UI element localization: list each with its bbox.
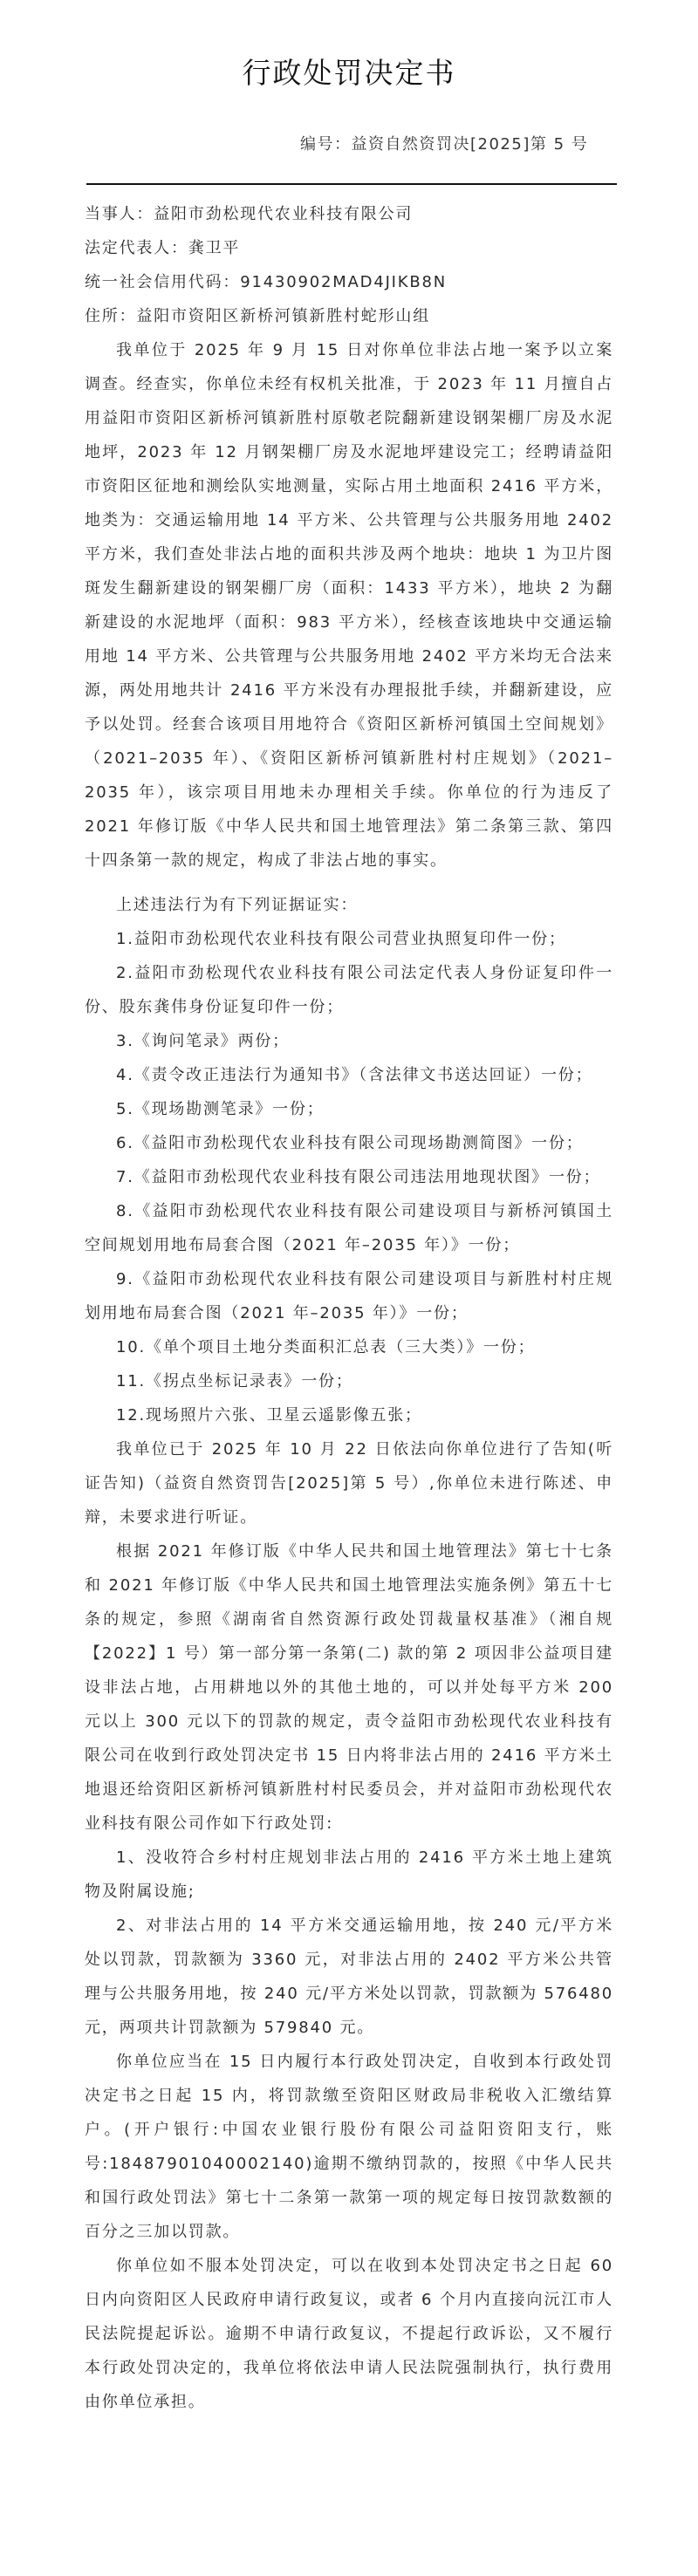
evidence-item: 8.《益阳市劲松现代农业科技有限公司建设项目与新桥河镇国土空间规划用地布局套合图… [85,1194,613,1262]
header-divider [86,183,617,185]
evidence-item: 5.《现场勘测笔录》一份； [85,1092,613,1126]
evidence-item: 7.《益阳市劲松现代农业科技有限公司违法用地现状图》一份； [85,1160,613,1194]
document-page: 行政处罚决定书 编号：益资自然资罚决[2025]第 5 号 当事人：益阳市劲松现… [0,0,698,2576]
payment-paragraph: 你单位应当在 15 日内履行本行政处罚决定，自收到本行政处罚决定书之日起 15 … [85,2045,613,2249]
notice-paragraph: 我单位已于 2025 年 10 月 22 日依法向你单位进行了告知(听证告知)（… [85,1432,613,1534]
penalty-item: 2、对非法占用的 14 平方米交通运输用地，按 240 元/平方米处以罚款，罚款… [85,1909,613,2045]
evidence-item: 3.《询问笔录》两份； [85,1024,613,1058]
decision-basis-paragraph: 根据 2021 年修订版《中华人民共和国土地管理法》第七十七条和 2021 年修… [85,1534,613,1841]
document-title: 行政处罚决定书 [0,51,698,92]
evidence-item: 6.《益阳市劲松现代农业科技有限公司现场勘测简图》一份； [85,1126,613,1160]
evidence-item: 4.《责令改正违法行为通知书》（含法律文书送达回证）一份； [85,1058,613,1092]
evidence-item: 12.现场照片六张、卫星云遥影像五张； [85,1398,613,1432]
credit-code: 统一社会信用代码：91430902MAD4JIKB8N [85,265,613,299]
party-name: 当事人：益阳市劲松现代农业科技有限公司 [85,197,613,231]
evidence-item: 1.益阳市劲松现代农业科技有限公司营业执照复印件一份； [85,922,613,956]
facts-paragraph: 我单位于 2025 年 9 月 15 日对你单位非法占地一案予以立案调查。经查实… [85,333,613,878]
penalty-item: 1、没收符合乡村村庄规划非法占用的 2416 平方米土地上建筑物及附属设施; [85,1841,613,1909]
legal-representative: 法定代表人：龚卫平 [85,231,613,265]
evidence-intro: 上述违法行为有下列证据证实： [85,888,613,922]
evidence-item: 11.《拐点坐标记录表》一份； [85,1364,613,1398]
document-body: 当事人：益阳市劲松现代农业科技有限公司 法定代表人：龚卫平 统一社会信用代码：9… [85,197,613,2419]
appeal-paragraph: 你单位如不服本处罚决定，可以在收到本处罚决定书之日起 60 日内向资阳区人民政府… [85,2249,613,2419]
party-address: 住所：益阳市资阳区新桥河镇新胜村蛇形山组 [85,299,613,333]
evidence-item: 10.《单个项目土地分类面积汇总表（三大类）》一份； [85,1330,613,1364]
evidence-item: 9.《益阳市劲松现代农业科技有限公司建设项目与新胜村村庄规划用地布局套合图（20… [85,1262,613,1330]
evidence-item: 2.益阳市劲松现代农业科技有限公司法定代表人身份证复印件一份、股东龚伟身份证复印… [85,956,613,1024]
document-number: 编号：益资自然资罚决[2025]第 5 号 [300,132,588,154]
